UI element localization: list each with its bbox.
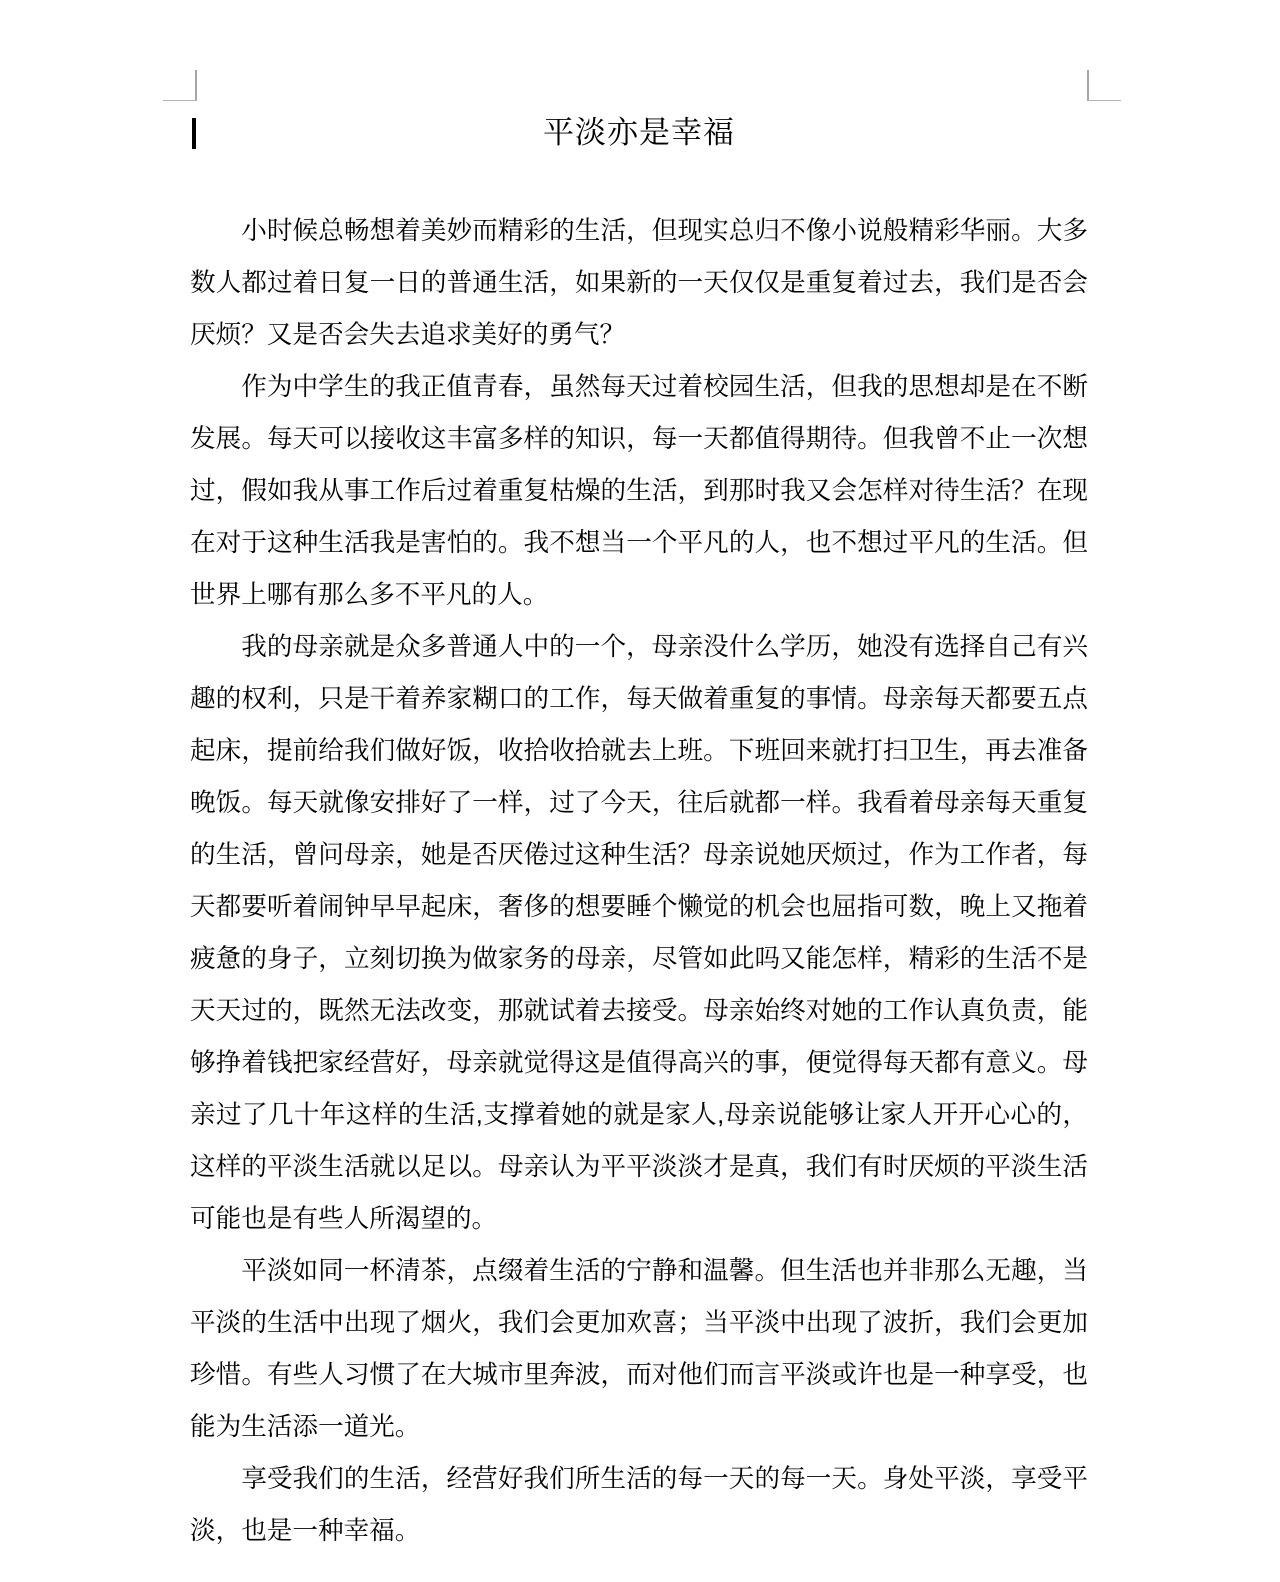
- paragraph-5[interactable]: 享受我们的生活，经营好我们所生活的每一天的每一天。身处平淡，享受平淡，也是一种幸…: [190, 1453, 1088, 1557]
- paragraph-2[interactable]: 作为中学生的我正值青春，虽然每天过着校园生活，但我的思想却是在不断发展。每天可以…: [190, 361, 1088, 621]
- paragraph-3[interactable]: 我的母亲就是众多普通人中的一个，母亲没什么学历，她没有选择自己有兴趣的权利，只是…: [190, 621, 1088, 1245]
- margin-crop-mark-top-right-icon: [1087, 70, 1121, 101]
- margin-crop-mark-top-left-icon: [163, 70, 197, 101]
- document-title[interactable]: 平淡亦是幸福: [190, 107, 1088, 159]
- paragraph-1[interactable]: 小时候总畅想着美妙而精彩的生活，但现实总归不像小说般精彩华丽。大多数人都过着日复…: [190, 205, 1088, 361]
- document-page[interactable]: 平淡亦是幸福 小时候总畅想着美妙而精彩的生活，但现实总归不像小说般精彩华丽。大多…: [0, 0, 1280, 1582]
- document-body[interactable]: 平淡亦是幸福 小时候总畅想着美妙而精彩的生活，但现实总归不像小说般精彩华丽。大多…: [190, 107, 1088, 1557]
- paragraph-4[interactable]: 平淡如同一杯清茶，点缀着生活的宁静和温馨。但生活也并非那么无趣，当平淡的生活中出…: [190, 1245, 1088, 1453]
